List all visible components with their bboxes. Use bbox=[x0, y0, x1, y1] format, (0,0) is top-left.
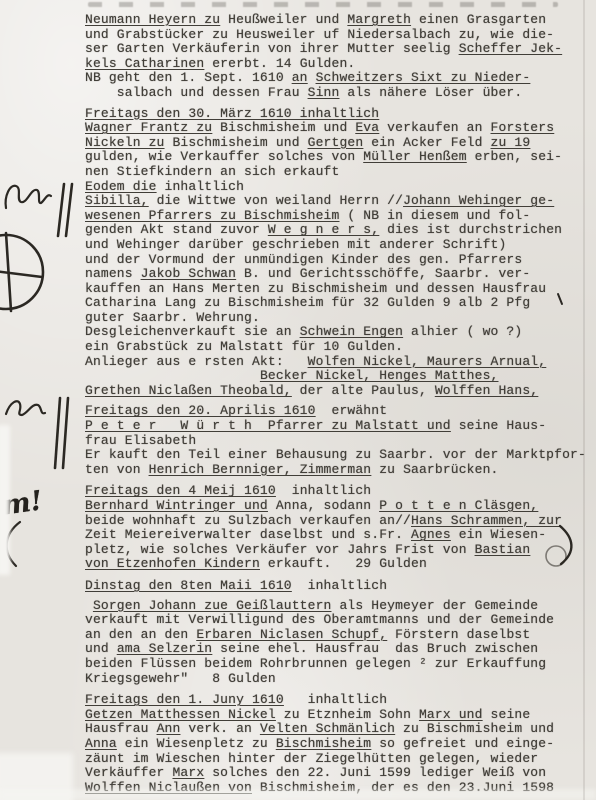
underlined-text: Jakob Schwan bbox=[141, 266, 236, 281]
text-segment: ten von bbox=[85, 462, 149, 477]
underlined-text: Freitags den 20. Aprilis 1610 bbox=[85, 403, 316, 418]
text-segment: inhaltlich bbox=[292, 578, 387, 593]
underlined-text: W e g n e r s, bbox=[268, 222, 379, 237]
text-line: Catharina Lang zu Bischmisheim für 32 Gu… bbox=[85, 296, 591, 311]
text-line: von Etzenhofen Kindern erkauft. 29 Gulde… bbox=[85, 557, 591, 572]
text-line: namens Jakob Schwan B. und Gerichtsschöf… bbox=[85, 267, 591, 282]
text-line: Kriegsgewehr" 8 Gulden bbox=[85, 672, 591, 687]
underlined-text: Anna bbox=[85, 736, 117, 751]
text-segment: Verkäuffer bbox=[85, 765, 172, 780]
text-segment: Anna, sodann bbox=[268, 498, 379, 513]
text-line: Sorgen Johann zue Geißlauttern als Heyme… bbox=[85, 599, 591, 614]
text-line: Zeit Meiereiverwalter daselbst und s.Fr.… bbox=[85, 528, 591, 543]
underlined-text: Neumann Heyern zu bbox=[85, 12, 220, 27]
marginalia-scribble-2 bbox=[6, 401, 45, 415]
text-segment: NB geht den 1. Sept. 1610 bbox=[85, 70, 292, 85]
text-segment: seine Haus- bbox=[451, 418, 546, 433]
marginalia-scribble-1 bbox=[6, 186, 51, 208]
text-segment: zu Saarbrücken. bbox=[371, 462, 498, 477]
marginalia-double-bars-1 bbox=[58, 184, 72, 236]
underlined-text: an bbox=[292, 70, 308, 85]
text-line: gulden, wie Verkauffer solches von Mülle… bbox=[85, 150, 591, 165]
text-segment: beide wohnhaft zu Sulzbach verkaufen an/… bbox=[85, 513, 411, 528]
underlined-text: Marx bbox=[172, 765, 204, 780]
text-line: salbach und dessen Frau Sinn als nähere … bbox=[85, 86, 591, 101]
text-line: ser Garten Verkäuferin von ihrer Mutter … bbox=[85, 42, 591, 57]
underlined-text: Agnes bbox=[411, 527, 451, 542]
text-segment: inhaltlich bbox=[276, 483, 371, 498]
text-segment: verkauft mit Verwilligund des Oberamtman… bbox=[85, 612, 554, 627]
text-segment: erkauft. 29 Gulden bbox=[260, 556, 427, 571]
underlined-text: Becker Nickel, Henges Matthes, bbox=[260, 368, 499, 383]
text-line: beide wohnhaft zu Sulzbach verkaufen an/… bbox=[85, 514, 591, 529]
text-line: beiden Flüssen beidem Rohrbrunnen gelege… bbox=[85, 657, 591, 672]
document-text: Neumann Heyern zu Heußweiler und Margret… bbox=[85, 13, 591, 795]
underlined-text: Bischmisheim bbox=[276, 736, 371, 751]
underlined-text: Marx und bbox=[419, 707, 483, 722]
text-segment: Anlieger aus e rsten Akt: bbox=[85, 354, 308, 369]
text-line: an den an den Erbaren Niclasen Schupf, F… bbox=[85, 628, 591, 643]
text-line: P e t e r W ü r t h Pfarrer zu Malstatt … bbox=[85, 419, 591, 434]
text-segment: der alte Paulus, bbox=[292, 383, 435, 398]
text-line: nen Stiefkindern an sich erkauft bbox=[85, 165, 591, 180]
text-line: und der Vormund der unmündigen Kinder de… bbox=[85, 253, 591, 268]
text-segment: und der Vormund der unmündigen Kinder de… bbox=[85, 252, 522, 267]
text-line: Dinstag den 8ten Maii 1610 inhaltlich bbox=[85, 579, 591, 594]
underlined-text: Schweitzers Sixt zu Nieder- bbox=[316, 70, 531, 85]
text-line: Getzen Matthessen Nickel zu Etznheim Soh… bbox=[85, 708, 591, 723]
underlined-text: P o t t e n Cläsgen, bbox=[379, 498, 538, 513]
text-segment: ser Garten Verkäuferin von ihrer Mutter … bbox=[85, 41, 459, 56]
text-segment: und Wehinger darüber geschrieben mit and… bbox=[85, 237, 506, 252]
scanned-document-page: Neumann Heyern zu Heußweiler und Margret… bbox=[0, 0, 596, 800]
text-line: Grethen Niclaßen Theobald, der alte Paul… bbox=[85, 384, 591, 399]
text-line: Sibilla, die Wittwe von weiland Herrn //… bbox=[85, 194, 591, 209]
paper-edge-highlight-bottom bbox=[0, 789, 596, 800]
underlined-text: Ann bbox=[157, 721, 181, 736]
underlined-text: Sinn bbox=[308, 85, 340, 100]
text-line: ein Grabstück zu Malstatt für 10 Gulden. bbox=[85, 340, 591, 355]
text-segment: kauffen an Hans Merten zu Bischmisheim u… bbox=[85, 281, 546, 296]
text-line: Eodem die inhaltlich bbox=[85, 180, 591, 195]
text-line: Freitags den 1. Juny 1610 inhaltlich bbox=[85, 693, 591, 708]
text-segment: ererbt. 14 Gulden. bbox=[204, 56, 355, 71]
underlined-text: Freitags den 4 Meij 1610 bbox=[85, 483, 276, 498]
underlined-text: Sorgen Johann zue Geißlauttern bbox=[93, 598, 332, 613]
text-segment: B. und Gerichtsschöffe, Saarbr. ver- bbox=[236, 266, 530, 281]
text-line: Desgleichenverkauft sie an Schwein Engen… bbox=[85, 325, 591, 340]
text-segment: und Grabstücker zu Heusweiler uf Nieders… bbox=[85, 27, 554, 42]
underlined-text: wesenen Pfarrers zu Bischmisheim bbox=[85, 208, 339, 223]
text-line: verkauft mit Verwilligund des Oberamtman… bbox=[85, 613, 591, 628]
underlined-text: Wolffen Hans, bbox=[435, 383, 538, 398]
underlined-text: Getzen Matthessen Nickel bbox=[85, 707, 276, 722]
underlined-text: Grethen Niclaßen Theobald, bbox=[85, 383, 292, 398]
paragraph: Sorgen Johann zue Geißlauttern als Heyme… bbox=[85, 599, 591, 687]
text-segment: zäunt im Wieschen hinter der Ziegelhütte… bbox=[85, 751, 538, 766]
underlined-text: Bastian bbox=[475, 542, 531, 557]
text-line: frau Elisabeth bbox=[85, 434, 591, 449]
text-segment: Desgleichenverkauft sie an bbox=[85, 324, 300, 339]
text-segment: genden Akt stand zuvor bbox=[85, 222, 268, 237]
text-line: Wagner Frantz zu Bischmisheim und Eva ve… bbox=[85, 121, 591, 136]
text-line: Neumann Heyern zu Heußweiler und Margret… bbox=[85, 13, 591, 28]
underlined-text: Margreth bbox=[347, 12, 411, 27]
text-segment: guter Saarbr. Wehrung. bbox=[85, 310, 260, 325]
text-segment: ein Wiesen- bbox=[451, 527, 546, 542]
text-line: Hausfrau Ann verk. an Velten Schmänlich … bbox=[85, 722, 591, 737]
text-segment: gulden, wie Verkauffer solches von bbox=[85, 149, 363, 164]
text-segment: seine bbox=[483, 707, 531, 722]
marginalia-crossed-circle bbox=[0, 233, 43, 311]
underlined-text: Eva bbox=[355, 120, 379, 135]
paragraph: Freitags den 30. März 1610 inhaltlichWag… bbox=[85, 107, 591, 399]
underlined-text: Freitags den 30. März 1610 inhaltlich bbox=[85, 106, 379, 121]
marginalia-double-bars-2 bbox=[55, 398, 68, 468]
underlined-text: Freitags den 1. Juny 1610 bbox=[85, 692, 284, 707]
underlined-text: von Etzenhofen Kindern bbox=[85, 556, 260, 571]
text-segment: alhier ( wo ?) bbox=[403, 324, 522, 339]
underlined-text: Sibilla, bbox=[85, 193, 149, 208]
text-line: guter Saarbr. Wehrung. bbox=[85, 311, 591, 326]
underlined-text: Nickeln zu bbox=[85, 135, 165, 150]
text-segment: erben, sei- bbox=[467, 149, 562, 164]
text-line: Verkäuffer Marx solches den 22. Juni 159… bbox=[85, 766, 591, 781]
text-segment: zu Etznheim Sohn bbox=[276, 707, 419, 722]
text-segment: seine ehel. Hausfrau das Bruch zwischen bbox=[212, 641, 538, 656]
text-segment: dies ist durchstrichen bbox=[379, 222, 562, 237]
text-segment bbox=[85, 598, 93, 613]
text-segment: und bbox=[85, 641, 117, 656]
underlined-text: Gertgen bbox=[308, 135, 364, 150]
text-segment: salbach und dessen Frau bbox=[85, 85, 308, 100]
text-segment bbox=[85, 368, 260, 383]
text-segment: Zeit Meiereiverwalter daselbst und s.Fr. bbox=[85, 527, 411, 542]
text-line: und ama Selzerin seine ehel. Hausfrau da… bbox=[85, 642, 591, 657]
text-segment: ein Grabstück zu Malstatt für 10 Gulden. bbox=[85, 339, 403, 354]
text-segment: Er kauft den Teil einer Behausung zu Saa… bbox=[85, 447, 586, 462]
text-line: Freitags den 20. Aprilis 1610 erwähnt bbox=[85, 404, 591, 419]
underlined-text: P e t e r W ü r t h Pfarrer zu Malstatt … bbox=[85, 418, 451, 433]
paragraph: Freitags den 1. Juny 1610 inhaltlichGetz… bbox=[85, 693, 591, 795]
text-segment: inhaltlich bbox=[157, 179, 244, 194]
text-segment: pletz, wie solches Verkäufer vor Jahrs F… bbox=[85, 542, 475, 557]
underlined-text: Wagner Frantz zu bbox=[85, 120, 212, 135]
paper-edge-highlight-left bbox=[0, 425, 10, 575]
text-line: NB geht den 1. Sept. 1610 an Schweitzers… bbox=[85, 71, 591, 86]
paragraph: Neumann Heyern zu Heußweiler und Margret… bbox=[85, 13, 591, 101]
text-segment: Bischmisheim und bbox=[165, 135, 308, 150]
paper-fold-line bbox=[583, 0, 585, 800]
text-line: zäunt im Wieschen hinter der Ziegelhütte… bbox=[85, 752, 591, 767]
text-segment: erwähnt bbox=[316, 403, 388, 418]
text-line: wesenen Pfarrers zu Bischmisheim ( NB in… bbox=[85, 209, 591, 224]
text-line: Nickeln zu Bischmisheim und Gertgen ein … bbox=[85, 136, 591, 151]
paragraph: Freitags den 4 Meij 1610 inhaltlichBernh… bbox=[85, 484, 591, 572]
underlined-text: Bernhard Wintringer und bbox=[85, 498, 268, 513]
underlined-text: zu 19 bbox=[491, 135, 531, 150]
underlined-text: Schwein Engen bbox=[300, 324, 403, 339]
text-segment: ( NB in diesem und fol- bbox=[339, 208, 530, 223]
text-line: und Wehinger darüber geschrieben mit and… bbox=[85, 238, 591, 253]
top-edge-cut-line bbox=[88, 2, 558, 7]
underlined-text: Müller Henßem bbox=[363, 149, 466, 164]
underlined-text: Dinstag den 8ten Maii 1610 bbox=[85, 578, 292, 593]
underlined-text: Johann Wehinger ge- bbox=[403, 193, 554, 208]
paragraph: Dinstag den 8ten Maii 1610 inhaltlich bbox=[85, 579, 591, 594]
text-line: genden Akt stand zuvor W e g n e r s, di… bbox=[85, 223, 591, 238]
text-segment: beiden Flüssen beidem Rohrbrunnen gelege… bbox=[85, 656, 546, 671]
paragraph: Freitags den 20. Aprilis 1610 erwähntP e… bbox=[85, 404, 591, 477]
underlined-text: Erbaren Niclasen Schupf, bbox=[196, 627, 387, 642]
text-segment: Heußweiler und bbox=[220, 12, 347, 27]
text-line: kauffen an Hans Merten zu Bischmisheim u… bbox=[85, 282, 591, 297]
text-segment: zu Bischmisheim und bbox=[395, 721, 554, 736]
underlined-text: ama Selzerin bbox=[117, 641, 212, 656]
text-segment: nen Stiefkindern an sich erkauft bbox=[85, 164, 339, 179]
underlined-text: kels Catharinen bbox=[85, 56, 204, 71]
underlined-text: Wolfen Nickel, Maurers Arnual, bbox=[308, 354, 547, 369]
text-segment: Förstern daselbst bbox=[387, 627, 530, 642]
text-segment: als Heymeyer der Gemeinde bbox=[332, 598, 539, 613]
text-line: Anna ein Wiesenpletz zu Bischmisheim so … bbox=[85, 737, 591, 752]
text-segment: an den an den bbox=[85, 627, 196, 642]
text-line: und Grabstücker zu Heusweiler uf Nieders… bbox=[85, 28, 591, 43]
text-segment: namens bbox=[85, 266, 141, 281]
text-segment: Kriegsgewehr" 8 Gulden bbox=[85, 671, 276, 686]
text-segment: die Wittwe von weiland Herrn // bbox=[149, 193, 403, 208]
underlined-text: Henrich Bernniger, Zimmerman bbox=[149, 462, 372, 477]
text-segment: frau Elisabeth bbox=[85, 433, 196, 448]
text-segment: so gefreiet und einge- bbox=[371, 736, 554, 751]
text-line: Bernhard Wintringer und Anna, sodann P o… bbox=[85, 499, 591, 514]
text-line: ten von Henrich Bernniger, Zimmerman zu … bbox=[85, 463, 591, 478]
text-segment: Hausfrau bbox=[85, 721, 157, 736]
text-segment bbox=[308, 70, 316, 85]
text-line: Er kauft den Teil einer Behausung zu Saa… bbox=[85, 448, 591, 463]
underlined-text: Eodem die bbox=[85, 179, 157, 194]
text-segment: als nähere Löser über. bbox=[339, 85, 522, 100]
text-segment: einen Grasgarten bbox=[411, 12, 546, 27]
underlined-text: Hans Schrammen, zur bbox=[411, 513, 562, 528]
text-line: Freitags den 30. März 1610 inhaltlich bbox=[85, 107, 591, 122]
text-segment: solches den 22. Juni 1599 lediger Weiß v… bbox=[204, 765, 546, 780]
text-segment: ein Acker Feld bbox=[363, 135, 490, 150]
text-segment: verkaufen an bbox=[379, 120, 490, 135]
text-line: pletz, wie solches Verkäufer vor Jahrs F… bbox=[85, 543, 591, 558]
underlined-text: Forsters bbox=[491, 120, 555, 135]
underlined-text: Velten Schmänlich bbox=[260, 721, 395, 736]
text-segment: inhaltlich bbox=[284, 692, 387, 707]
text-line: kels Catharinen ererbt. 14 Gulden. bbox=[85, 57, 591, 72]
underlined-text: Scheffer Jek- bbox=[459, 41, 562, 56]
text-segment: Bischmisheim und bbox=[212, 120, 355, 135]
text-segment: Catharina Lang zu Bischmisheim für 32 Gu… bbox=[85, 295, 530, 310]
text-line: Anlieger aus e rsten Akt: Wolfen Nickel,… bbox=[85, 355, 591, 370]
text-line: Freitags den 4 Meij 1610 inhaltlich bbox=[85, 484, 591, 499]
text-line: Becker Nickel, Henges Matthes, bbox=[85, 369, 591, 384]
text-segment: verk. an bbox=[180, 721, 260, 736]
text-segment: ein Wiesenpletz zu bbox=[117, 736, 276, 751]
